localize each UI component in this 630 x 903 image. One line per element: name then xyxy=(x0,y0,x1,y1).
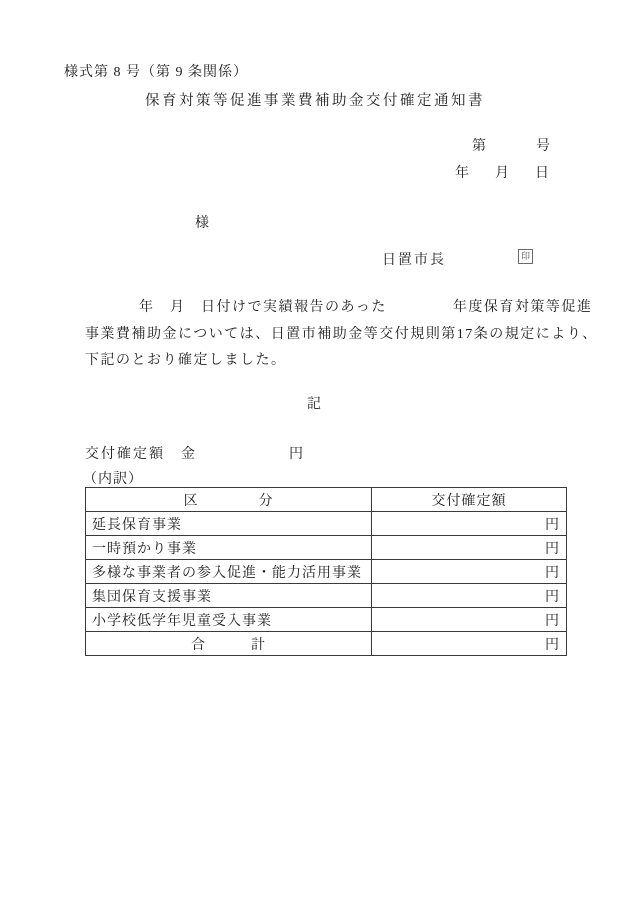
table-row: 多様な事業者の参入促進・能力活用事業 円 xyxy=(86,560,567,584)
table-row: 一時預かり事業 円 xyxy=(86,536,567,560)
table-row: 集団保育支援事業 円 xyxy=(86,584,567,608)
amount-cell: 円 xyxy=(372,608,567,632)
record-marker: 記 xyxy=(0,393,630,413)
body-line-1-post: 年度保育対策等促進 xyxy=(453,300,593,315)
category-cell: 延長保育事業 xyxy=(86,512,372,536)
confirmed-amount-line: 交付確定額 金円 xyxy=(85,443,305,463)
seal-placeholder-icon: 印 xyxy=(518,249,533,264)
column-header-amount: 交付確定額 xyxy=(372,488,567,512)
category-cell: 一時預かり事業 xyxy=(86,536,372,560)
total-amount-cell: 円 xyxy=(372,632,567,656)
amount-cell: 円 xyxy=(372,560,567,584)
table-row: 小学校低学年児童受入事業 円 xyxy=(86,608,567,632)
form-number: 様式第 8 号（第 9 条関係） xyxy=(64,61,248,81)
breakdown-table: 区 分 交付確定額 延長保育事業 円 一時預かり事業 円 多様な事業者の参入促進… xyxy=(85,487,567,656)
document-page: 様式第 8 号（第 9 条関係） 保育対策等促進事業費補助金交付確定通知書 第 … xyxy=(0,0,630,903)
table-header-row: 区 分 交付確定額 xyxy=(86,488,567,512)
table-total-row: 合 計 円 xyxy=(86,632,567,656)
document-number-blank: 第 号 xyxy=(472,135,552,155)
total-label-cell: 合 計 xyxy=(86,632,372,656)
addressee-suffix: 様 xyxy=(195,212,209,232)
category-cell: 集団保育支援事業 xyxy=(86,584,372,608)
body-line-1: 年 月 日付けで実績報告のあった年度保育対策等促進 xyxy=(85,295,571,322)
breakdown-label: （内訳） xyxy=(83,468,143,488)
category-cell: 小学校低学年児童受入事業 xyxy=(86,608,372,632)
sender-title: 日置市長 xyxy=(382,249,446,269)
date-blank: 年 月 日 xyxy=(455,162,555,182)
amount-cell: 円 xyxy=(372,512,567,536)
amount-cell: 円 xyxy=(372,584,567,608)
category-cell: 多様な事業者の参入促進・能力活用事業 xyxy=(86,560,372,584)
column-header-category: 区 分 xyxy=(86,488,372,512)
body-paragraph: 年 月 日付けで実績報告のあった年度保育対策等促進 事業費補助金については、日置… xyxy=(85,295,571,375)
confirmed-amount-label: 交付確定額 金 xyxy=(85,447,197,462)
body-line-3: 下記のとおり確定しました。 xyxy=(85,348,571,375)
amount-cell: 円 xyxy=(372,536,567,560)
confirmed-amount-unit: 円 xyxy=(289,447,305,462)
table-row: 延長保育事業 円 xyxy=(86,512,567,536)
document-title: 保育対策等促進事業費補助金交付確定通知書 xyxy=(0,89,630,110)
body-line-2: 事業費補助金については、日置市補助金等交付規則第17条の規定により、 xyxy=(85,322,571,349)
body-line-1-pre: 年 月 日付けで実績報告のあった xyxy=(139,300,387,315)
